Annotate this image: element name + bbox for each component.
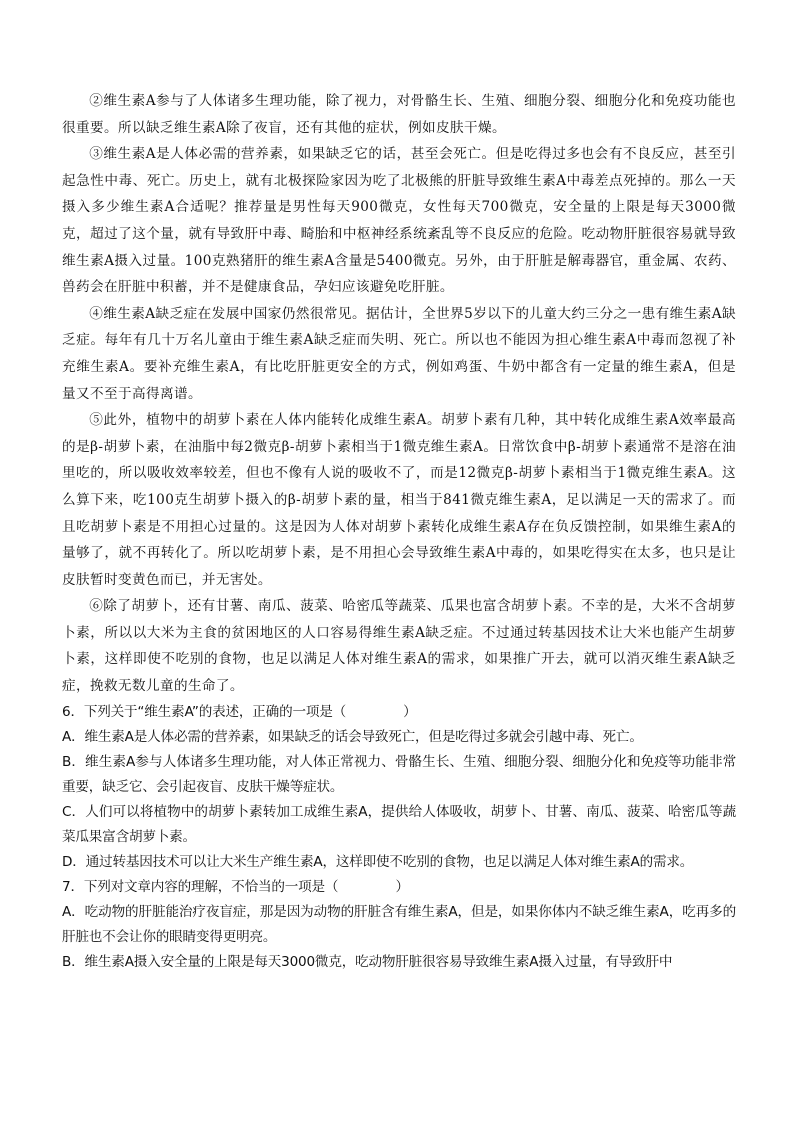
question-stem-close: ） <box>403 704 416 720</box>
option-b: B．维生素A参与人体诸多生理功能，对人体正常视力、骨骼生长、生殖、细胞分裂、细胞… <box>62 750 736 800</box>
option-c: C．人们可以将植物中的胡萝卜素转加工成维生素A，提供给人体吸收，胡萝卜、甘薯、南… <box>62 800 736 850</box>
paragraph-6: ⑥除了胡萝卜，还有甘薯、南瓜、菠菜、哈密瓜等蔬菜、瓜果也富含胡萝卜素。不幸的是，… <box>62 593 736 699</box>
paragraph-5: ⑤此外，植物中的胡萝卜素在人体内能转化成维生素A。胡萝卜素有几种，其中转化成维生… <box>62 407 736 593</box>
question-stem-text: 6．下列关于“维生素A”的表述，正确的一项是（ <box>62 704 346 720</box>
paragraph-4: ④维生素A缺乏症在发展中国家仍然很常见。据估计，全世界5岁以下的儿童大约三分之一… <box>62 301 736 407</box>
article-body: ②维生素A参与了人体诸多生理功能，除了视力，对骨骼生长、生殖、细胞分裂、细胞分化… <box>62 88 736 700</box>
question-stem: 6．下列关于“维生素A”的表述，正确的一项是（） <box>62 700 736 725</box>
question-stem-text: 7．下列对文章内容的理解，不恰当的一项是（ <box>62 879 338 895</box>
question-7: 7．下列对文章内容的理解，不恰当的一项是（） A．吃动物的肝脏能治疗夜盲症，那是… <box>62 875 736 975</box>
option-a: A．维生素A是人体必需的营养素，如果缺乏的话会导致死亡，但是吃得过多就会引越中毒… <box>62 725 736 750</box>
paragraph-3: ③维生素A是人体必需的营养素，如果缺乏它的话，甚至会死亡。但是吃得过多也会有不良… <box>62 141 736 301</box>
paragraph-2: ②维生素A参与了人体诸多生理功能，除了视力，对骨骼生长、生殖、细胞分裂、细胞分化… <box>62 88 736 141</box>
option-a: A．吃动物的肝脏能治疗夜盲症，那是因为动物的肝脏含有维生素A，但是，如果你体内不… <box>62 900 736 950</box>
option-b: B．维生素A摄入安全量的上限是每天3000微克，吃动物肝脏很容易导致维生素A摄入… <box>62 950 736 975</box>
question-stem-close: ） <box>395 879 408 895</box>
document-page: ②维生素A参与了人体诸多生理功能，除了视力，对骨骼生长、生殖、细胞分裂、细胞分化… <box>62 88 736 975</box>
question-6: 6．下列关于“维生素A”的表述，正确的一项是（） A．维生素A是人体必需的营养素… <box>62 700 736 875</box>
question-stem: 7．下列对文章内容的理解，不恰当的一项是（） <box>62 875 736 900</box>
option-d: D．通过转基因技术可以让大米生产维生素A，这样即使不吃别的食物，也足以满足人体对… <box>62 850 736 875</box>
